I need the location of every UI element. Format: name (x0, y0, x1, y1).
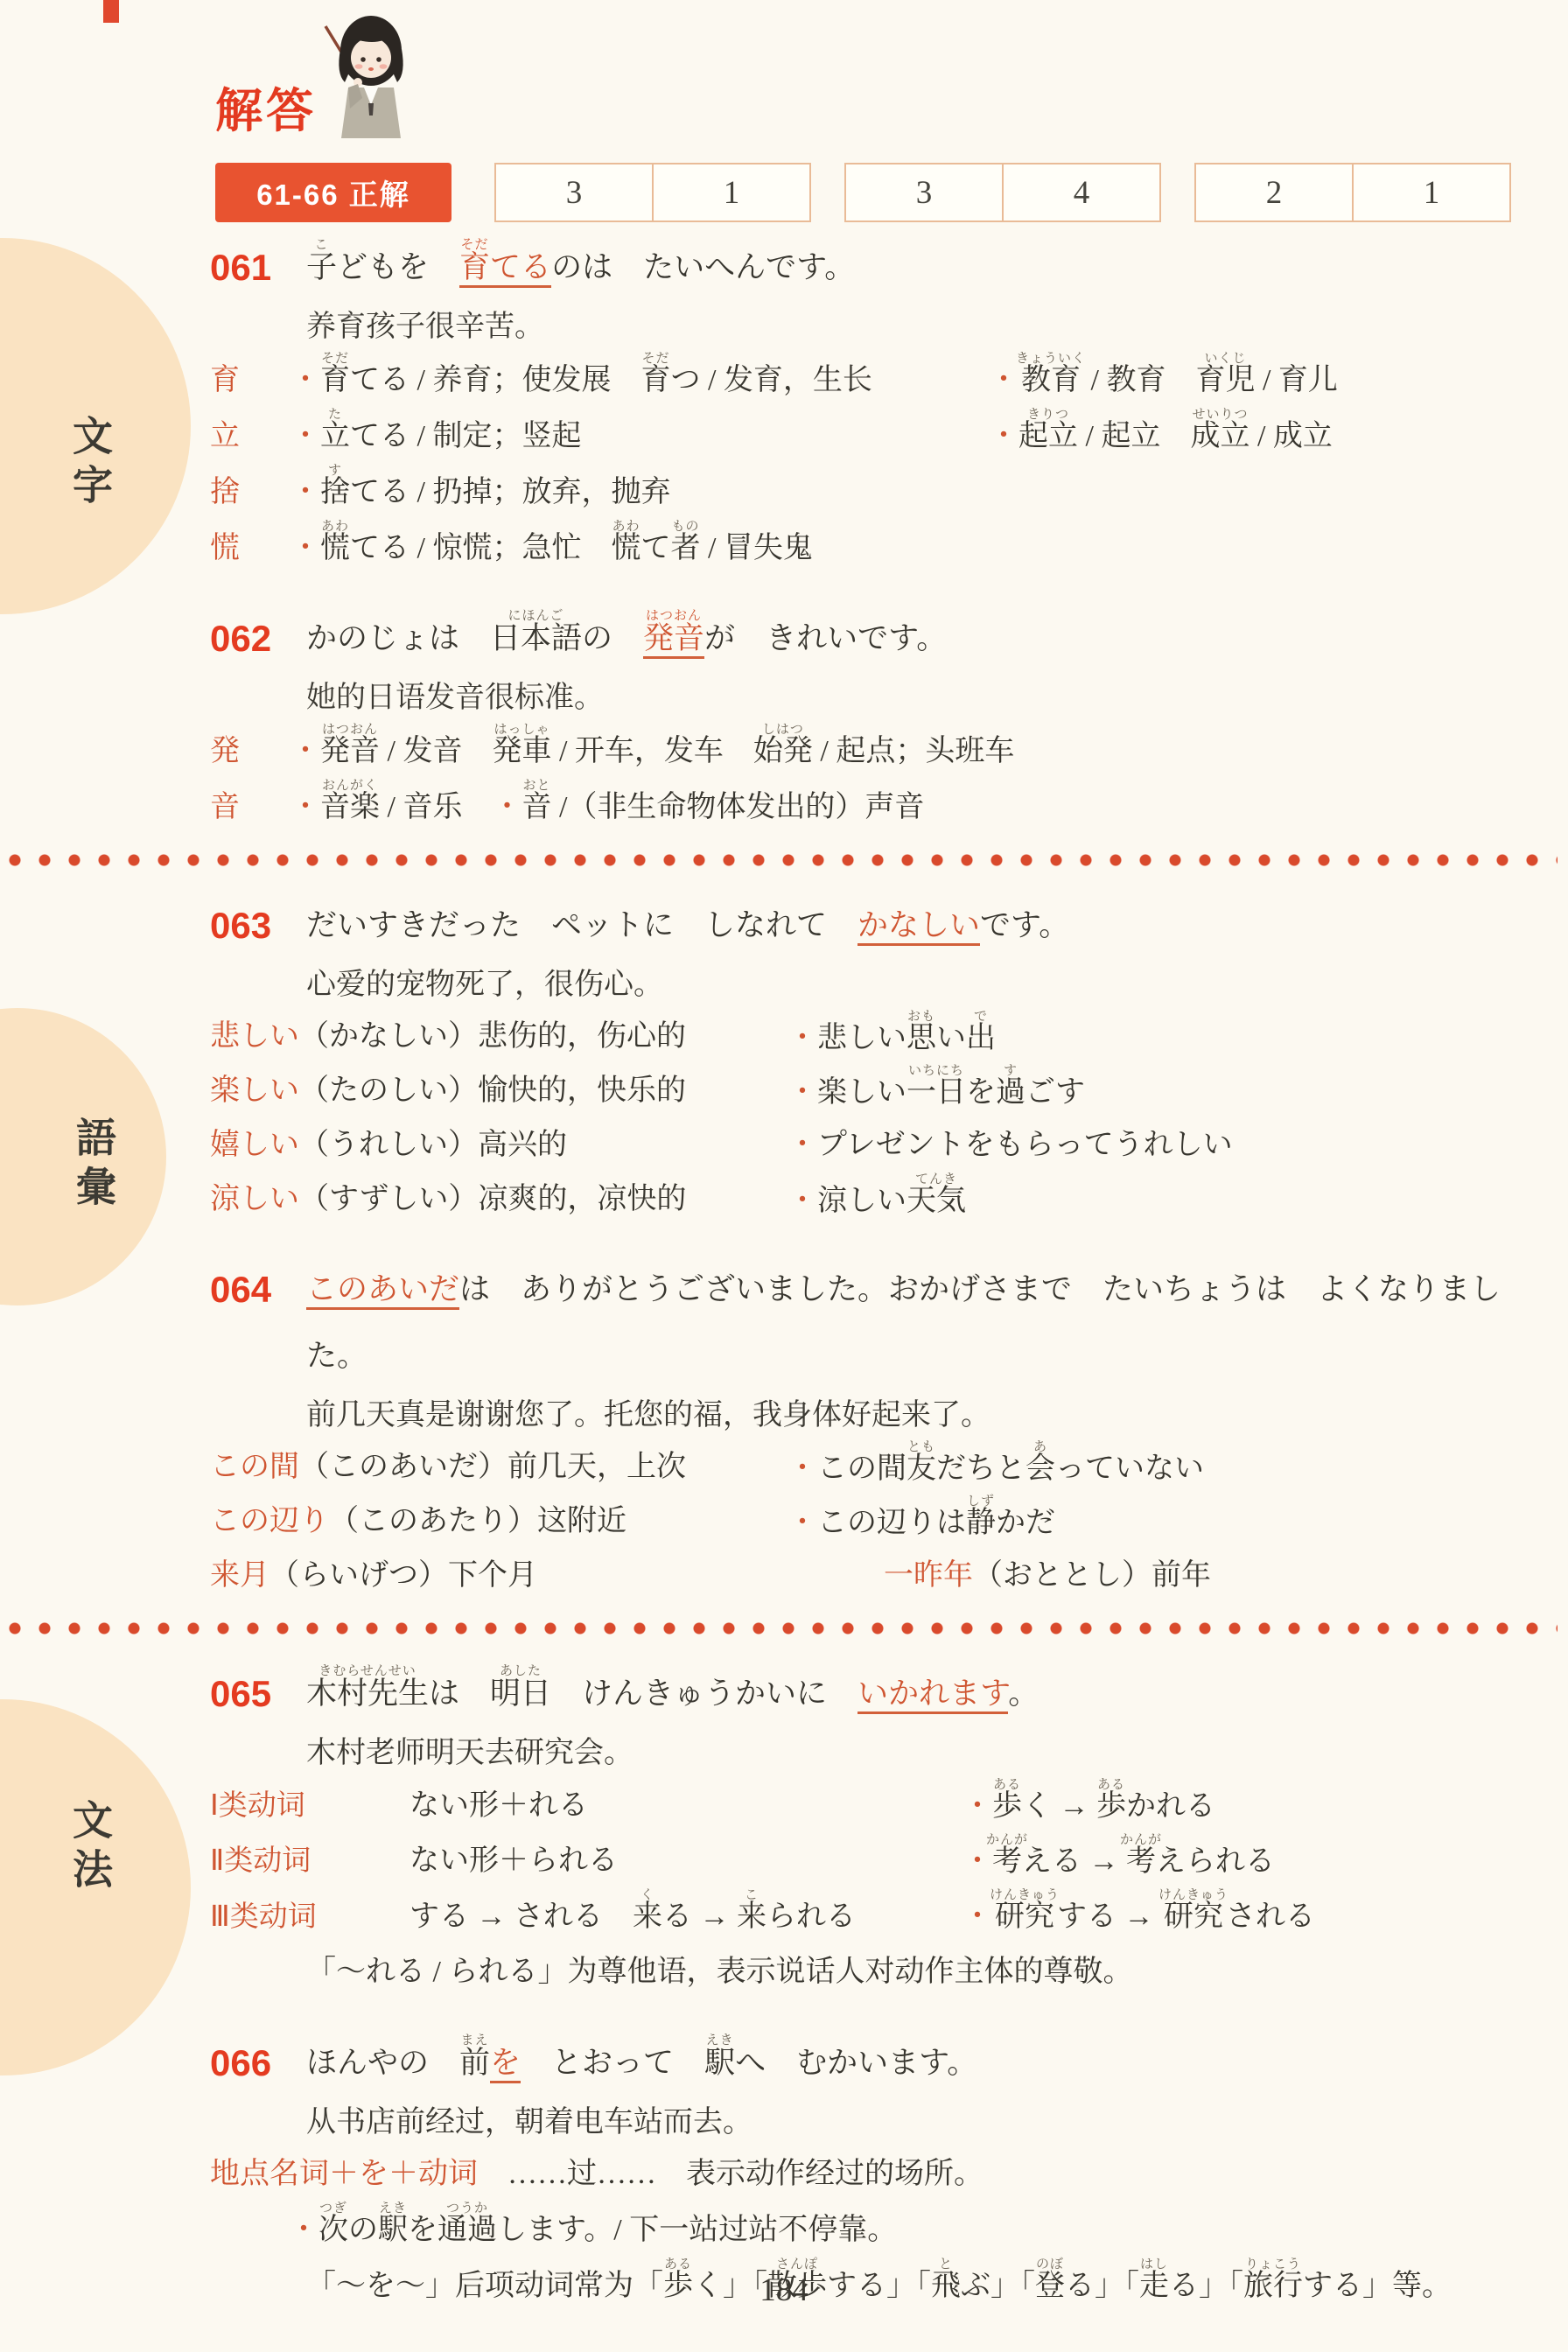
scan-artifact (103, 0, 119, 23)
vocab-row: Ⅲ类动词する → される 来くる → 来こられる・研究けんきゅうする → 研究け… (210, 1888, 1524, 1944)
question-text: かのじょは 日本語にほんごの 発音はつおんが きれいです。 (306, 605, 1524, 672)
vocab-row: 音・音楽おんがく / 音乐 ・音おと /（非生命物体发出的）声音 (210, 779, 1524, 835)
translation: 心爱的宠物死了，很伤心。 (210, 961, 1524, 1010)
content: 061子こどもを 育そだてるのは たいへんです。养育孩子很辛苦。育・育そだてる … (210, 234, 1524, 2344)
vocab-head: この間 (210, 1451, 299, 1483)
vocab-main: （らいげつ）下个月 (269, 1559, 537, 1592)
vocab-example: ・この辺りは静しずかだ (787, 1494, 1055, 1550)
vocab-row: 育・育そだてる / 养育；使发展 育そだつ / 发育，生长・教育きょういく / … (210, 352, 1524, 408)
vocab-row: 楽しい（たのしい）愉快的，快乐的・楽しい一日いちにちを過すごす (210, 1064, 1524, 1118)
question-number: 063 (210, 892, 306, 959)
vocab-main: ない形＋られる (409, 1844, 618, 1877)
vocab-head: 音 (210, 780, 290, 835)
vocab-head: 嬉しい (210, 1129, 299, 1161)
vocab-example: ・起立きりつ / 起立 成立せいりつ / 成立 (989, 408, 1333, 464)
vocab-head: 楽しい (210, 1074, 299, 1107)
translation: 木村老师明天去研究会。 (210, 1729, 1524, 1778)
answer-group: 31 (494, 163, 811, 222)
vocab-head: 来月 (210, 1559, 269, 1592)
vocab-row: Ⅰ类动词ない形＋れる・歩あるく → 歩あるかれる (210, 1778, 1524, 1833)
answer-range-badge: 61-66 正解 (215, 163, 451, 222)
vocab-main: ・次つぎの駅えきを通過つうかします。/ 下一站过站不停靠。 (289, 2214, 897, 2246)
vocab-example: 一昨年（おととし）前年 (884, 1549, 1211, 1603)
section-divider (9, 854, 1557, 866)
vocab-head: 慌 (210, 521, 290, 576)
page-title: 解答 (215, 73, 317, 141)
answer-box: 1 (652, 164, 809, 220)
answer-box: 2 (1196, 164, 1352, 220)
question-number: 064 (210, 1256, 306, 1389)
vocab-row: この間（このあいだ）前几天，上次・この間友ともだちと会あっていない (210, 1440, 1524, 1494)
vocab-head: 悲しい (210, 1020, 299, 1053)
vocab-example: ・歩あるく → 歩あるかれる (962, 1778, 1215, 1834)
vocab-head: 捨 (210, 465, 290, 520)
vocab-head: Ⅰ类动词 (210, 1778, 409, 1832)
vocab-head: 発 (210, 724, 290, 779)
vocab-main: ・育そだてる / 养育；使发展 育そだつ / 发育，生长 (290, 364, 872, 396)
answer-box: 3 (846, 164, 1002, 220)
vocab-main: （このあいだ）前几天，上次 (299, 1451, 686, 1483)
vocab-row: Ⅱ类动词ない形＋られる・考かんがえる → 考かんがえられる (210, 1833, 1524, 1888)
vocab-head: 地点名词＋を＋动词 (210, 2158, 478, 2190)
vocab-example: ・悲しい思おもい出で (787, 1010, 996, 1066)
translation: 前几天真是谢谢您了。托您的福，我身体好起来了。 (210, 1391, 1524, 1440)
question-line: 064このあいだは ありがとうございました。おかげさまで たいちょうは よくなり… (210, 1256, 1524, 1389)
section-064: 064このあいだは ありがとうございました。おかげさまで たいちょうは よくなり… (210, 1256, 1524, 1603)
answer-box: 4 (1002, 164, 1159, 220)
vocab-main: ・立たてる / 制定；竖起 (290, 420, 581, 452)
section-divider (9, 1622, 1557, 1634)
section-063: 063だいすきだった ペットに しなれて かなしいです。心爱的宠物死了，很伤心。… (210, 892, 1524, 1227)
question-text: 木村先生きむらせんせいは 明日あした けんきゅうかいに いかれます。 (306, 1661, 1524, 1727)
answer-group: 21 (1194, 163, 1511, 222)
answer-box: 3 (496, 164, 652, 220)
question-line: 061子こどもを 育そだてるのは たいへんです。 (210, 234, 1524, 301)
vocab-main: ・慌あわてる / 惊慌；急忙 慌あわて者もの / 冒失鬼 (290, 532, 813, 564)
vocab-row: 地点名词＋を＋动词 ……过…… 表示动作经过的场所。 (210, 2147, 1524, 2201)
answer-boxes: 313421 (494, 163, 1511, 222)
vocab-example: ・この間友ともだちと会あっていない (787, 1440, 1204, 1496)
vocab-row: 発・発音はつおん / 发音 発車はっしゃ / 开车，发车 始発しはつ / 起点；… (210, 723, 1524, 779)
question-number: 062 (210, 605, 306, 672)
vocab-main: する → される 来くる → 来こられる (409, 1900, 856, 1933)
question-text: 子こどもを 育そだてるのは たいへんです。 (306, 234, 1524, 301)
sidebar-label-goi: 語彙 (65, 1116, 122, 1214)
vocab-main: ……过…… 表示动作经过的场所。 (478, 2158, 983, 2190)
grammar-note: 「～れる / られる」为尊他语，表示说话人对动作主体的尊敬。 (210, 1944, 1524, 2000)
vocab-row: この辺り（このあたり）这附近・この辺りは静しずかだ (210, 1494, 1524, 1549)
vocab-row: 立・立たてる / 制定；竖起・起立きりつ / 起立 成立せいりつ / 成立 (210, 408, 1524, 464)
question-text: このあいだは ありがとうございました。おかげさまで たいちょうは よくなりました… (306, 1256, 1524, 1389)
vocab-main: ・音楽おんがく / 音乐 ・音おと /（非生命物体发出的）声音 (290, 791, 924, 823)
section-061: 061子こどもを 育そだてるのは たいへんです。养育孩子很辛苦。育・育そだてる … (210, 234, 1524, 576)
vocab-head: 育 (210, 353, 290, 408)
vocab-row: ・次つぎの駅えきを通過つうかします。/ 下一站过站不停靠。 (210, 2201, 1524, 2257)
vocab-head: Ⅱ类动词 (210, 1833, 409, 1887)
page-number: 184 (0, 2271, 1568, 2309)
vocab-main: ・発音はつおん / 发音 発車はっしゃ / 开车，发车 始発しはつ / 起点；头… (290, 735, 1014, 767)
vocab-example: ・研究けんきゅうする → 研究けんきゅうされる (962, 1888, 1315, 1944)
vocab-main: ない形＋れる (409, 1789, 588, 1822)
vocab-row: 来月（らいげつ）下个月一昨年（おととし）前年 (210, 1549, 1524, 1603)
vocab-row: 涼しい（すずしい）凉爽的，凉快的・涼しい天気てんき (210, 1172, 1524, 1227)
vocab-row: 慌・慌あわてる / 惊慌；急忙 慌あわて者もの / 冒失鬼 (210, 520, 1524, 576)
vocab-example: ・考かんがえる → 考かんがえられる (962, 1833, 1275, 1889)
question-number: 061 (210, 234, 306, 301)
vocab-main: （かなしい）悲伤的，伤心的 (299, 1020, 686, 1053)
vocab-example: ・教育きょういく / 教育 育児いくじ / 育儿 (989, 352, 1338, 408)
question-line: 062かのじょは 日本語にほんごの 発音はつおんが きれいです。 (210, 605, 1524, 672)
teacher-illustration (311, 5, 430, 153)
question-number: 065 (210, 1661, 306, 1727)
textbook-page: 文字 語彙 文法 解答 61-66 正解 313421 061子こどもを 育そだ… (0, 0, 1568, 2352)
translation: 养育孩子很辛苦。 (210, 303, 1524, 352)
vocab-example: ・プレゼントをもらってうれしい (787, 1118, 1233, 1172)
translation: 从书店前经过，朝着电车站而去。 (210, 2098, 1524, 2147)
vocab-head: Ⅲ类动词 (210, 1889, 409, 1943)
translation: 她的日语发音很标准。 (210, 674, 1524, 723)
question-line: 063だいすきだった ペットに しなれて かなしいです。 (210, 892, 1524, 959)
question-line: 066ほんやの 前まえを とおって 駅えきへ むかいます。 (210, 2030, 1524, 2096)
section-065: 065木村先生きむらせんせいは 明日あした けんきゅうかいに いかれます。木村老… (210, 1661, 1524, 2000)
answer-group: 34 (844, 163, 1161, 222)
answer-box: 1 (1352, 164, 1509, 220)
vocab-main: （たのしい）愉快的，快乐的 (299, 1074, 686, 1107)
sidebar-label-bunpo: 文法 (61, 1799, 119, 1897)
vocab-head: 涼しい (210, 1183, 299, 1215)
vocab-main: （このあたり）这附近 (329, 1505, 626, 1537)
vocab-main: （うれしい）高兴的 (299, 1129, 567, 1161)
question-line: 065木村先生きむらせんせいは 明日あした けんきゅうかいに いかれます。 (210, 1661, 1524, 1727)
vocab-example: ・楽しい一日いちにちを過すごす (787, 1064, 1085, 1120)
vocab-main: ・捨すてる / 扔掉；放弃，抛弃 (290, 476, 670, 508)
section-062: 062かのじょは 日本語にほんごの 発音はつおんが きれいです。她的日语发音很标… (210, 605, 1524, 835)
vocab-row: 嬉しい（うれしい）高兴的・プレゼントをもらってうれしい (210, 1118, 1524, 1172)
vocab-main: （すずしい）凉爽的，凉快的 (299, 1183, 686, 1215)
question-text: ほんやの 前まえを とおって 駅えきへ むかいます。 (306, 2030, 1524, 2096)
vocab-example: ・涼しい天気てんき (787, 1172, 966, 1228)
vocab-row: 悲しい（かなしい）悲伤的，伤心的・悲しい思おもい出で (210, 1010, 1524, 1064)
vocab-head: この辺り (210, 1505, 329, 1537)
question-text: だいすきだった ペットに しなれて かなしいです。 (306, 892, 1524, 959)
sidebar-label-moji: 文字 (61, 415, 119, 513)
vocab-head: 立 (210, 409, 290, 464)
question-number: 066 (210, 2030, 306, 2096)
vocab-row: 捨・捨すてる / 扔掉；放弃，抛弃 (210, 464, 1524, 520)
